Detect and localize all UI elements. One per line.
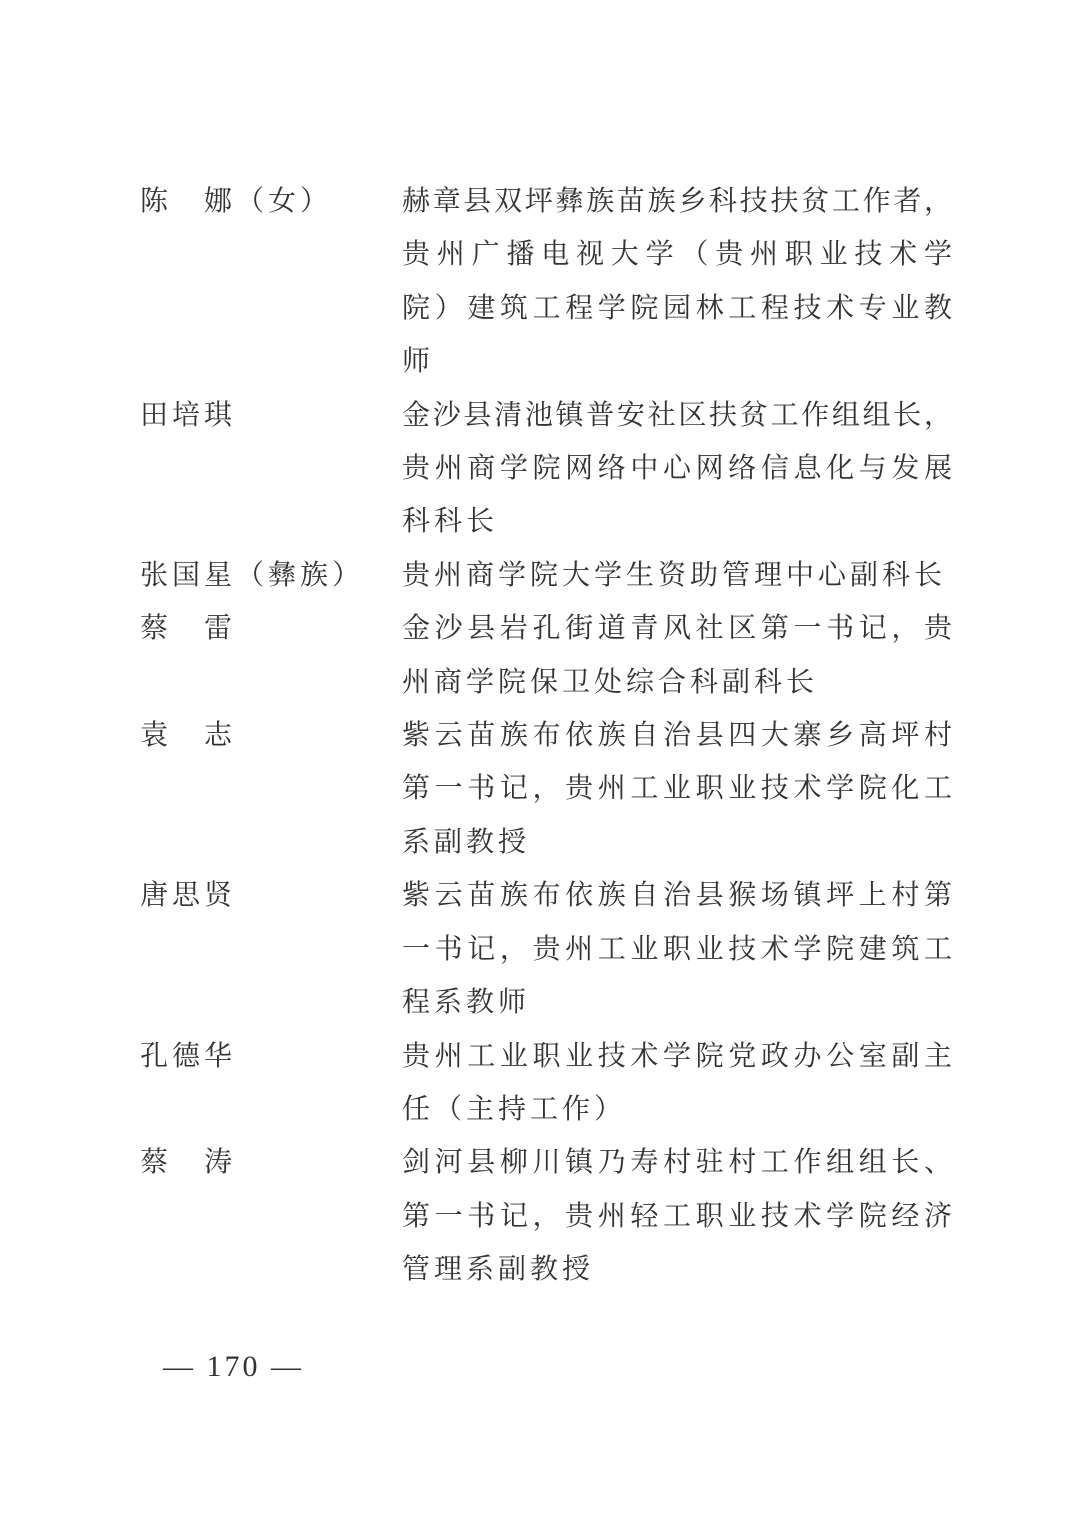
entry-row: 陈 娜（女） 赫章县双坪彝族苗族乡科技扶贫工作者，贵州广播电视大学（贵州职业技术…: [140, 175, 955, 389]
description-line: 州商学院保卫处综合科副科长: [402, 656, 953, 709]
description-line: 师: [402, 335, 953, 388]
entry-row: 蔡 涛 剑河县柳川镇乃寿村驻村工作组组长、第一书记，贵州轻工职业技术学院经济管理…: [140, 1136, 955, 1296]
entry-person-name: 袁 志: [140, 709, 402, 762]
description-line: 院）建筑工程学院园林工程技术专业教: [402, 282, 953, 335]
entry-person-name: 蔡 雷: [140, 602, 402, 655]
entry-description: 贵州商学院大学生资助管理中心副科长: [402, 549, 953, 602]
description-line: 管理系副教授: [402, 1243, 953, 1296]
description-line: 第一书记，贵州工业职业技术学院化工: [402, 762, 953, 815]
entry-person-name: 唐思贤: [140, 869, 402, 922]
document-page: 陈 娜（女） 赫章县双坪彝族苗族乡科技扶贫工作者，贵州广播电视大学（贵州职业技术…: [0, 0, 1080, 1527]
entry-row: 唐思贤 紫云苗族布依族自治县猴场镇坪上村第一书记，贵州工业职业技术学院建筑工程系…: [140, 869, 955, 1029]
entry-row: 袁 志 紫云苗族布依族自治县四大寨乡高坪村第一书记，贵州工业职业技术学院化工系副…: [140, 709, 955, 869]
entry-person-name: 陈 娜（女）: [140, 175, 402, 228]
entry-person-name: 孔德华: [140, 1030, 402, 1083]
description-line: 第一书记，贵州轻工职业技术学院经济: [402, 1190, 953, 1243]
entry-description: 紫云苗族布依族自治县猴场镇坪上村第一书记，贵州工业职业技术学院建筑工程系教师: [402, 869, 953, 1029]
description-line: 金沙县清池镇普安社区扶贫工作组组长，: [402, 389, 953, 442]
entry-person-name: 田培琪: [140, 389, 402, 442]
description-line: 紫云苗族布依族自治县猴场镇坪上村第: [402, 869, 953, 922]
entry-description: 紫云苗族布依族自治县四大寨乡高坪村第一书记，贵州工业职业技术学院化工系副教授: [402, 709, 953, 869]
commendation-list: 陈 娜（女） 赫章县双坪彝族苗族乡科技扶贫工作者，贵州广播电视大学（贵州职业技术…: [140, 175, 955, 1297]
description-line: 贵州商学院大学生资助管理中心副科长: [402, 549, 953, 602]
entry-description: 贵州工业职业技术学院党政办公室副主任（主持工作）: [402, 1030, 953, 1137]
description-line: 一书记，贵州工业职业技术学院建筑工: [402, 923, 953, 976]
description-line: 贵州商学院网络中心网络信息化与发展: [402, 442, 953, 495]
entry-description: 剑河县柳川镇乃寿村驻村工作组组长、第一书记，贵州轻工职业技术学院经济管理系副教授: [402, 1136, 953, 1296]
entry-row: 张国星（彝族） 贵州商学院大学生资助管理中心副科长: [140, 549, 955, 602]
description-line: 金沙县岩孔街道青风社区第一书记，贵: [402, 602, 953, 655]
entry-person-name: 蔡 涛: [140, 1136, 402, 1189]
description-line: 程系教师: [402, 976, 953, 1029]
entry-description: 金沙县清池镇普安社区扶贫工作组组长，贵州商学院网络中心网络信息化与发展科科长: [402, 389, 953, 549]
entry-person-name: 张国星（彝族）: [140, 549, 402, 602]
entry-description: 赫章县双坪彝族苗族乡科技扶贫工作者，贵州广播电视大学（贵州职业技术学院）建筑工程…: [402, 175, 953, 389]
description-line: 紫云苗族布依族自治县四大寨乡高坪村: [402, 709, 953, 762]
description-line: 剑河县柳川镇乃寿村驻村工作组组长、: [402, 1136, 953, 1189]
description-line: 赫章县双坪彝族苗族乡科技扶贫工作者，: [402, 175, 953, 228]
description-line: 贵州工业职业技术学院党政办公室副主: [402, 1030, 953, 1083]
description-line: 科科长: [402, 495, 953, 548]
description-line: 贵州广播电视大学（贵州职业技术学: [402, 228, 953, 281]
entry-row: 蔡 雷 金沙县岩孔街道青风社区第一书记，贵州商学院保卫处综合科副科长: [140, 602, 955, 709]
entry-row: 孔德华 贵州工业职业技术学院党政办公室副主任（主持工作）: [140, 1030, 955, 1137]
description-line: 任（主持工作）: [402, 1083, 953, 1136]
description-line: 系副教授: [402, 816, 953, 869]
page-number: — 170 —: [163, 1350, 304, 1384]
entry-description: 金沙县岩孔街道青风社区第一书记，贵州商学院保卫处综合科副科长: [402, 602, 953, 709]
entry-row: 田培琪 金沙县清池镇普安社区扶贫工作组组长，贵州商学院网络中心网络信息化与发展科…: [140, 389, 955, 549]
